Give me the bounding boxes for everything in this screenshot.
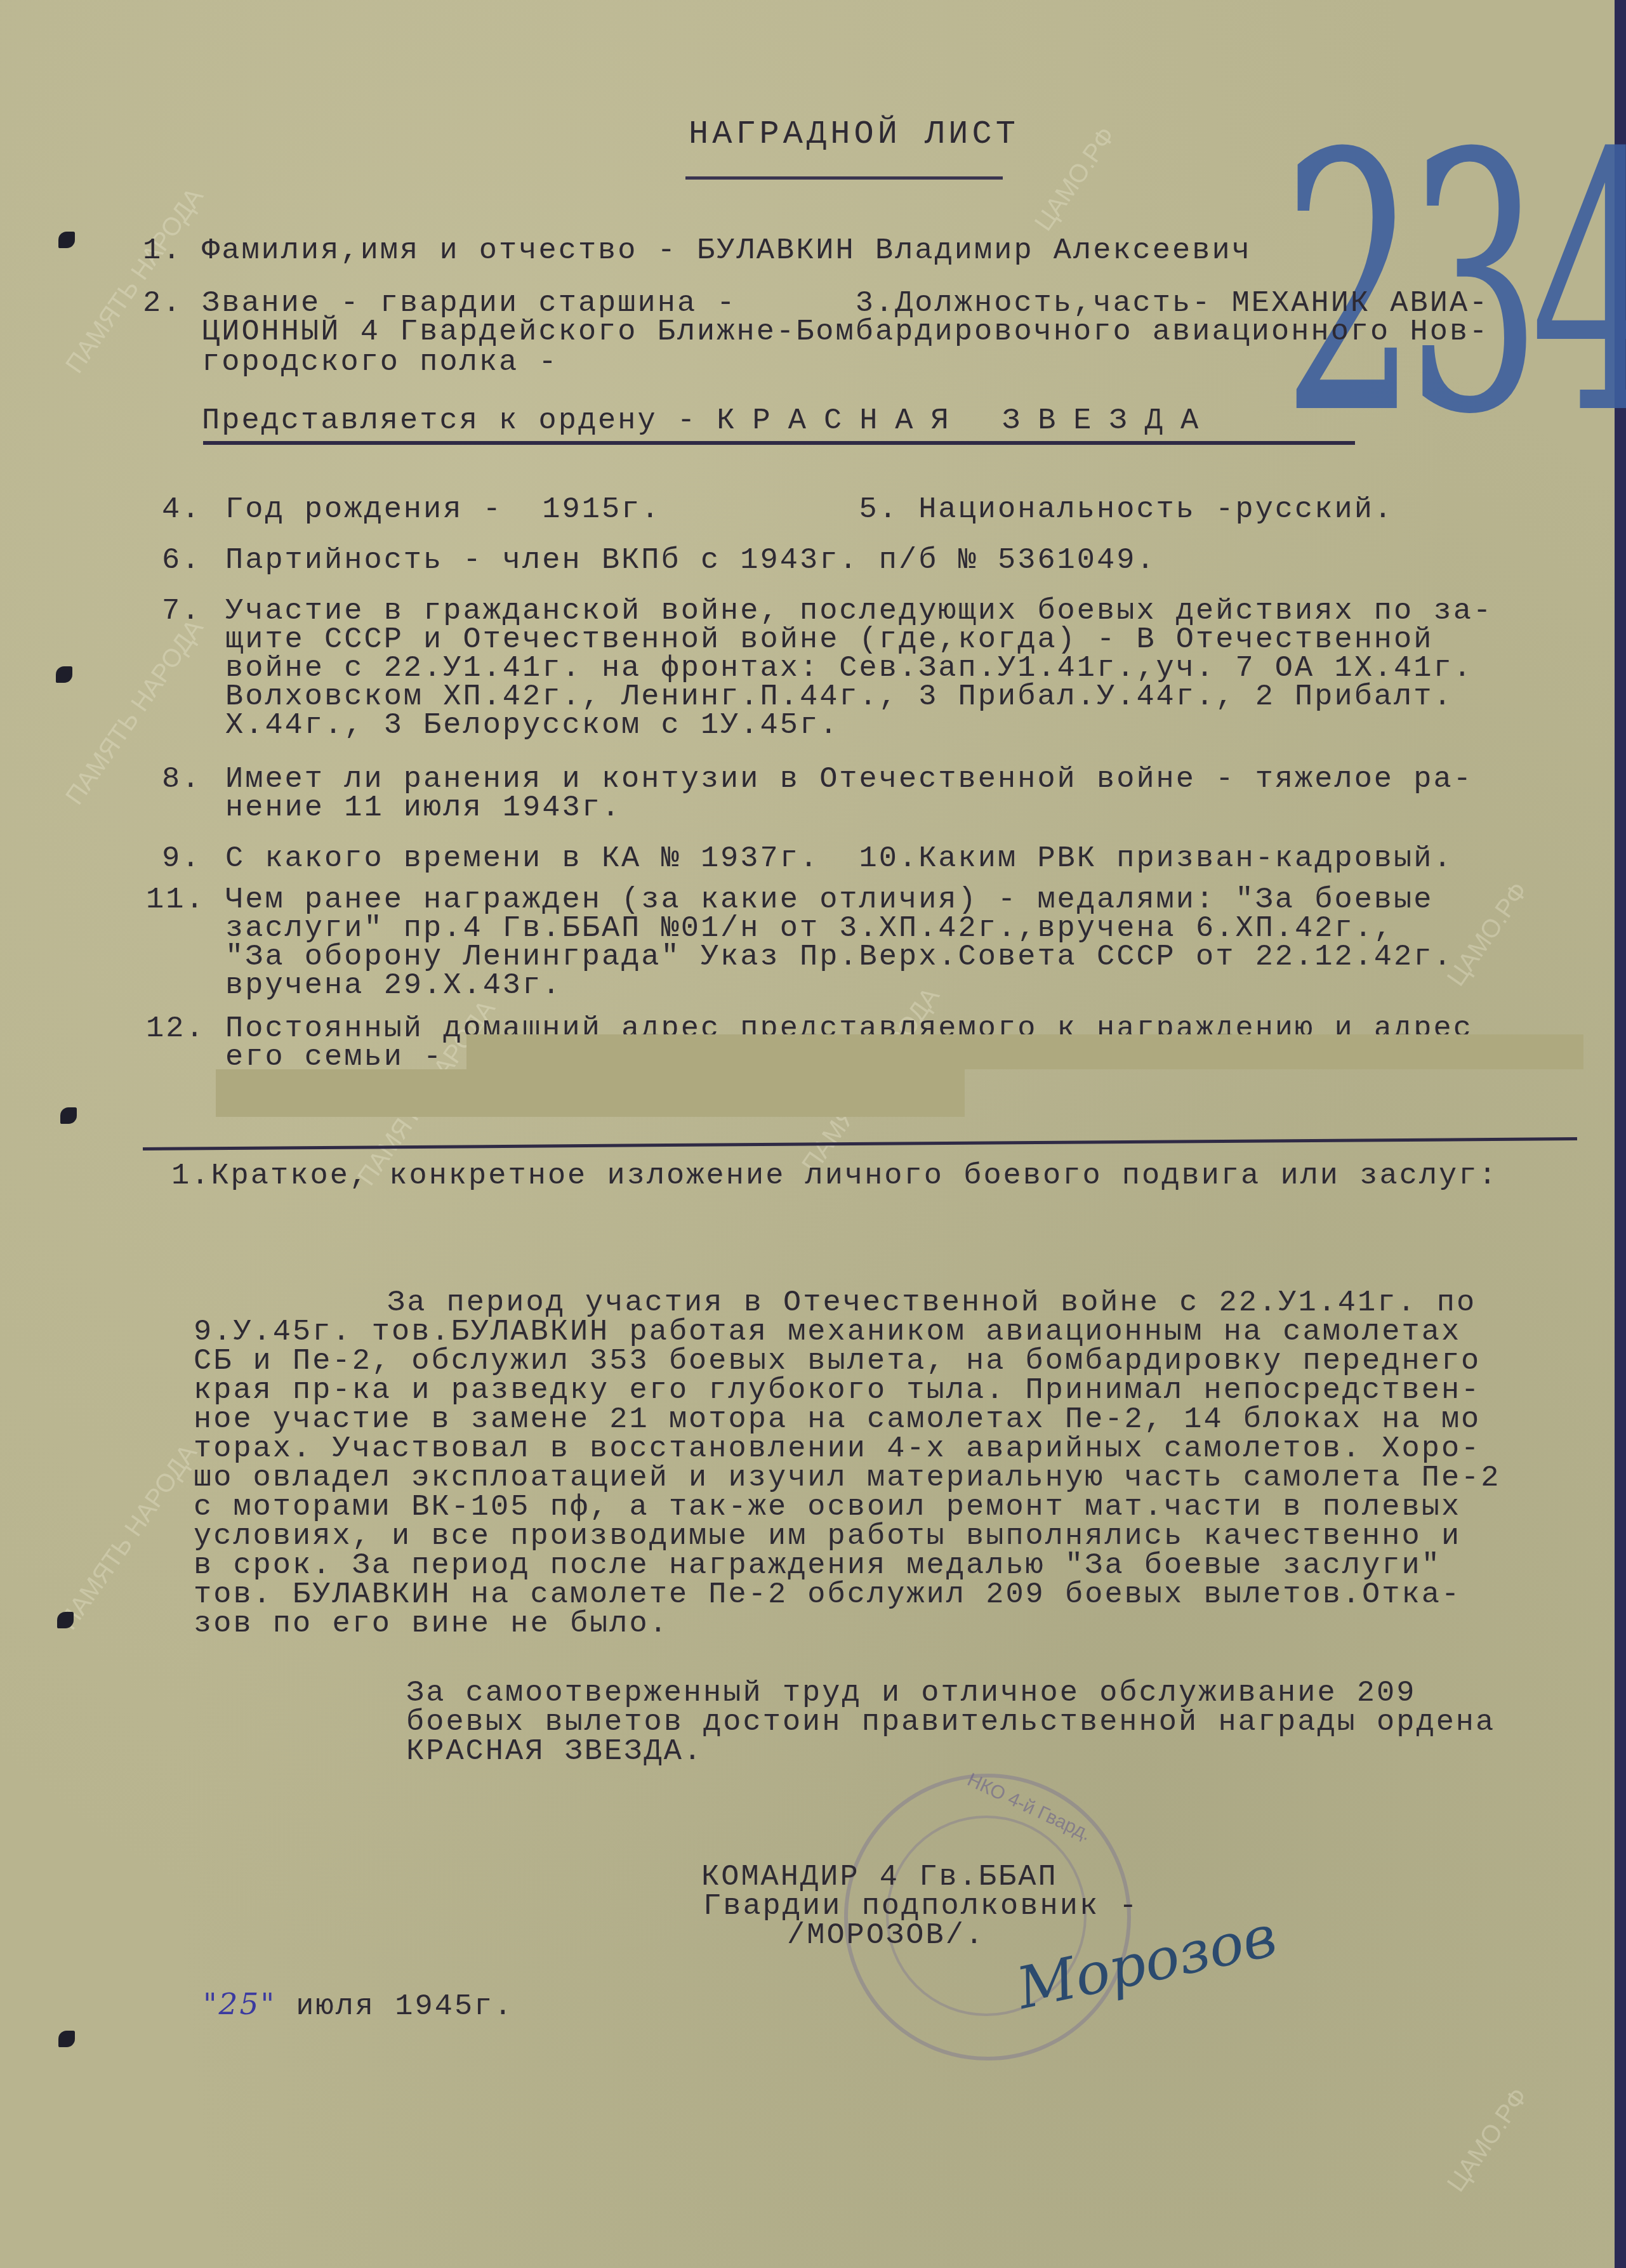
field-num: 6. — [162, 546, 201, 576]
archive-number: 234 — [1282, 108, 1626, 463]
hole-mark — [56, 666, 72, 683]
field-war-participation: Участие в гражданской войне, последующих… — [225, 597, 1493, 627]
redacted-address — [466, 1034, 1583, 1069]
narrative-line: зов по его вине не было. — [194, 1609, 669, 1640]
narrative-line: шо овладел эксплоатацией и изучил матери… — [194, 1463, 1501, 1494]
field-continuation: войне с 22.У1.41г. на фронтах: Сев.Зап.У… — [225, 654, 1473, 684]
narrative-line: 9.У.45г. тов.БУЛАВКИН работая механиком … — [194, 1317, 1461, 1348]
hole-mark — [58, 232, 75, 248]
field-continuation: щите СССР и Отечественной войне (где,ког… — [225, 625, 1433, 656]
document-title: НАГРАДНОЙ ЛИСТ — [689, 119, 1019, 150]
field-num: 9. — [162, 844, 201, 874]
award-order: КРАСНАЯ ЗВЕЗДА — [717, 404, 1216, 438]
field-continuation: Х.44г., 3 Белорусском с 1У.45г. — [225, 711, 839, 741]
signatory-title: КОМАНДИР 4 Гв.ББАП — [701, 1863, 1058, 1893]
field-wounds: Имеет ли ранения и контузии в Отечествен… — [225, 765, 1473, 795]
narrative-line: условиях, и все производимые им работы в… — [194, 1522, 1461, 1552]
narrative-line: торах. Участвовал в восстановлении 4-х а… — [194, 1434, 1481, 1465]
field-continuation: заслуги" пр.4 Гв.ББАП №01/н от 3.ХП.42г.… — [225, 914, 1394, 944]
field-continuation: нение 11 июля 1943г. — [225, 793, 621, 824]
redacted-address — [216, 1069, 965, 1117]
conclusion-line: За самоотверженный труд и отличное обслу… — [406, 1678, 1416, 1709]
hole-mark — [57, 1612, 74, 1628]
conclusion-line: боевых вылетов достоин правительственной… — [406, 1708, 1495, 1738]
field-continuation: ЦИОННЫЙ 4 Гвардейского Ближне-Бомбардиро… — [202, 317, 1489, 348]
narrative-line: с моторами ВК-105 пф, а так-же освоил ре… — [194, 1493, 1461, 1523]
field-num: 12. — [146, 1014, 206, 1045]
field-num: 4. — [162, 495, 201, 525]
hole-mark — [60, 1107, 77, 1124]
award-prefix: Представляется к ордену - — [202, 404, 717, 438]
field-birth-nationality: Год рождения - 1915г. 5. Национальность … — [225, 495, 1394, 525]
field-service-since: С какого времени в КА № 1937г. 10.Каким … — [225, 844, 1453, 874]
date-day: "25" — [203, 1987, 276, 2022]
award-line: Представляется к ордену - КРАСНАЯ ЗВЕЗДА — [202, 406, 1216, 437]
signatory-name: /МОРОЗОВ/. — [787, 1921, 985, 1951]
section-heading: 1.Краткое, конкретное изложение личного … — [171, 1161, 1498, 1192]
narrative-line: За период участия в Отечественной войне … — [387, 1288, 1476, 1319]
narrative-line: СБ и Пе-2, обслужил 353 боевых вылета, н… — [194, 1347, 1481, 1377]
narrative-line: тов. БУЛАВКИН на самолете Пе-2 обслужил … — [194, 1580, 1461, 1611]
field-continuation: его семьи - — [225, 1043, 443, 1073]
field-continuation: "За оборону Ленинграда" Указ Пр.Верх.Сов… — [225, 942, 1453, 973]
field-continuation: Волховском ХП.42г., Ленинг.П.44г., 3 При… — [225, 682, 1453, 713]
award-underline — [203, 441, 1355, 445]
field-num: 1. — [143, 236, 182, 267]
signatory-rank: Гвардии подполковник - — [703, 1892, 1139, 1922]
field-previous-awards: Чем ранее награжден (за какие отличия) -… — [225, 885, 1433, 916]
field-num: 7. — [162, 597, 201, 627]
field-party: Партийность - член ВКПб с 1943г. п/б № 5… — [225, 546, 1156, 576]
field-name: Фамилия,имя и отчество - БУЛАВКИН Владим… — [202, 236, 1252, 267]
conclusion-line: КРАСНАЯ ЗВЕЗДА. — [406, 1737, 703, 1767]
field-num: 8. — [162, 765, 201, 795]
field-num: 2. — [143, 289, 182, 319]
narrative-line: ное участие в замене 21 мотора на самоле… — [194, 1405, 1481, 1435]
title-underline — [685, 176, 1003, 180]
hole-mark — [58, 2031, 75, 2047]
field-continuation: городского полка - — [202, 348, 559, 378]
date-month-year: июля 1945г. — [276, 1990, 513, 2024]
field-rank-position: Звание - гвардии старшина - 3.Должность,… — [202, 289, 1489, 319]
field-num: 11. — [146, 885, 206, 916]
narrative-line: в срок. За период после награждения меда… — [194, 1551, 1441, 1581]
narrative-line: края пр-ка и разведку его глубокого тыла… — [194, 1376, 1481, 1406]
document-date: "25" июля 1945г. — [203, 1989, 514, 2022]
field-continuation: вручена 29.Х.43г. — [225, 971, 562, 1001]
